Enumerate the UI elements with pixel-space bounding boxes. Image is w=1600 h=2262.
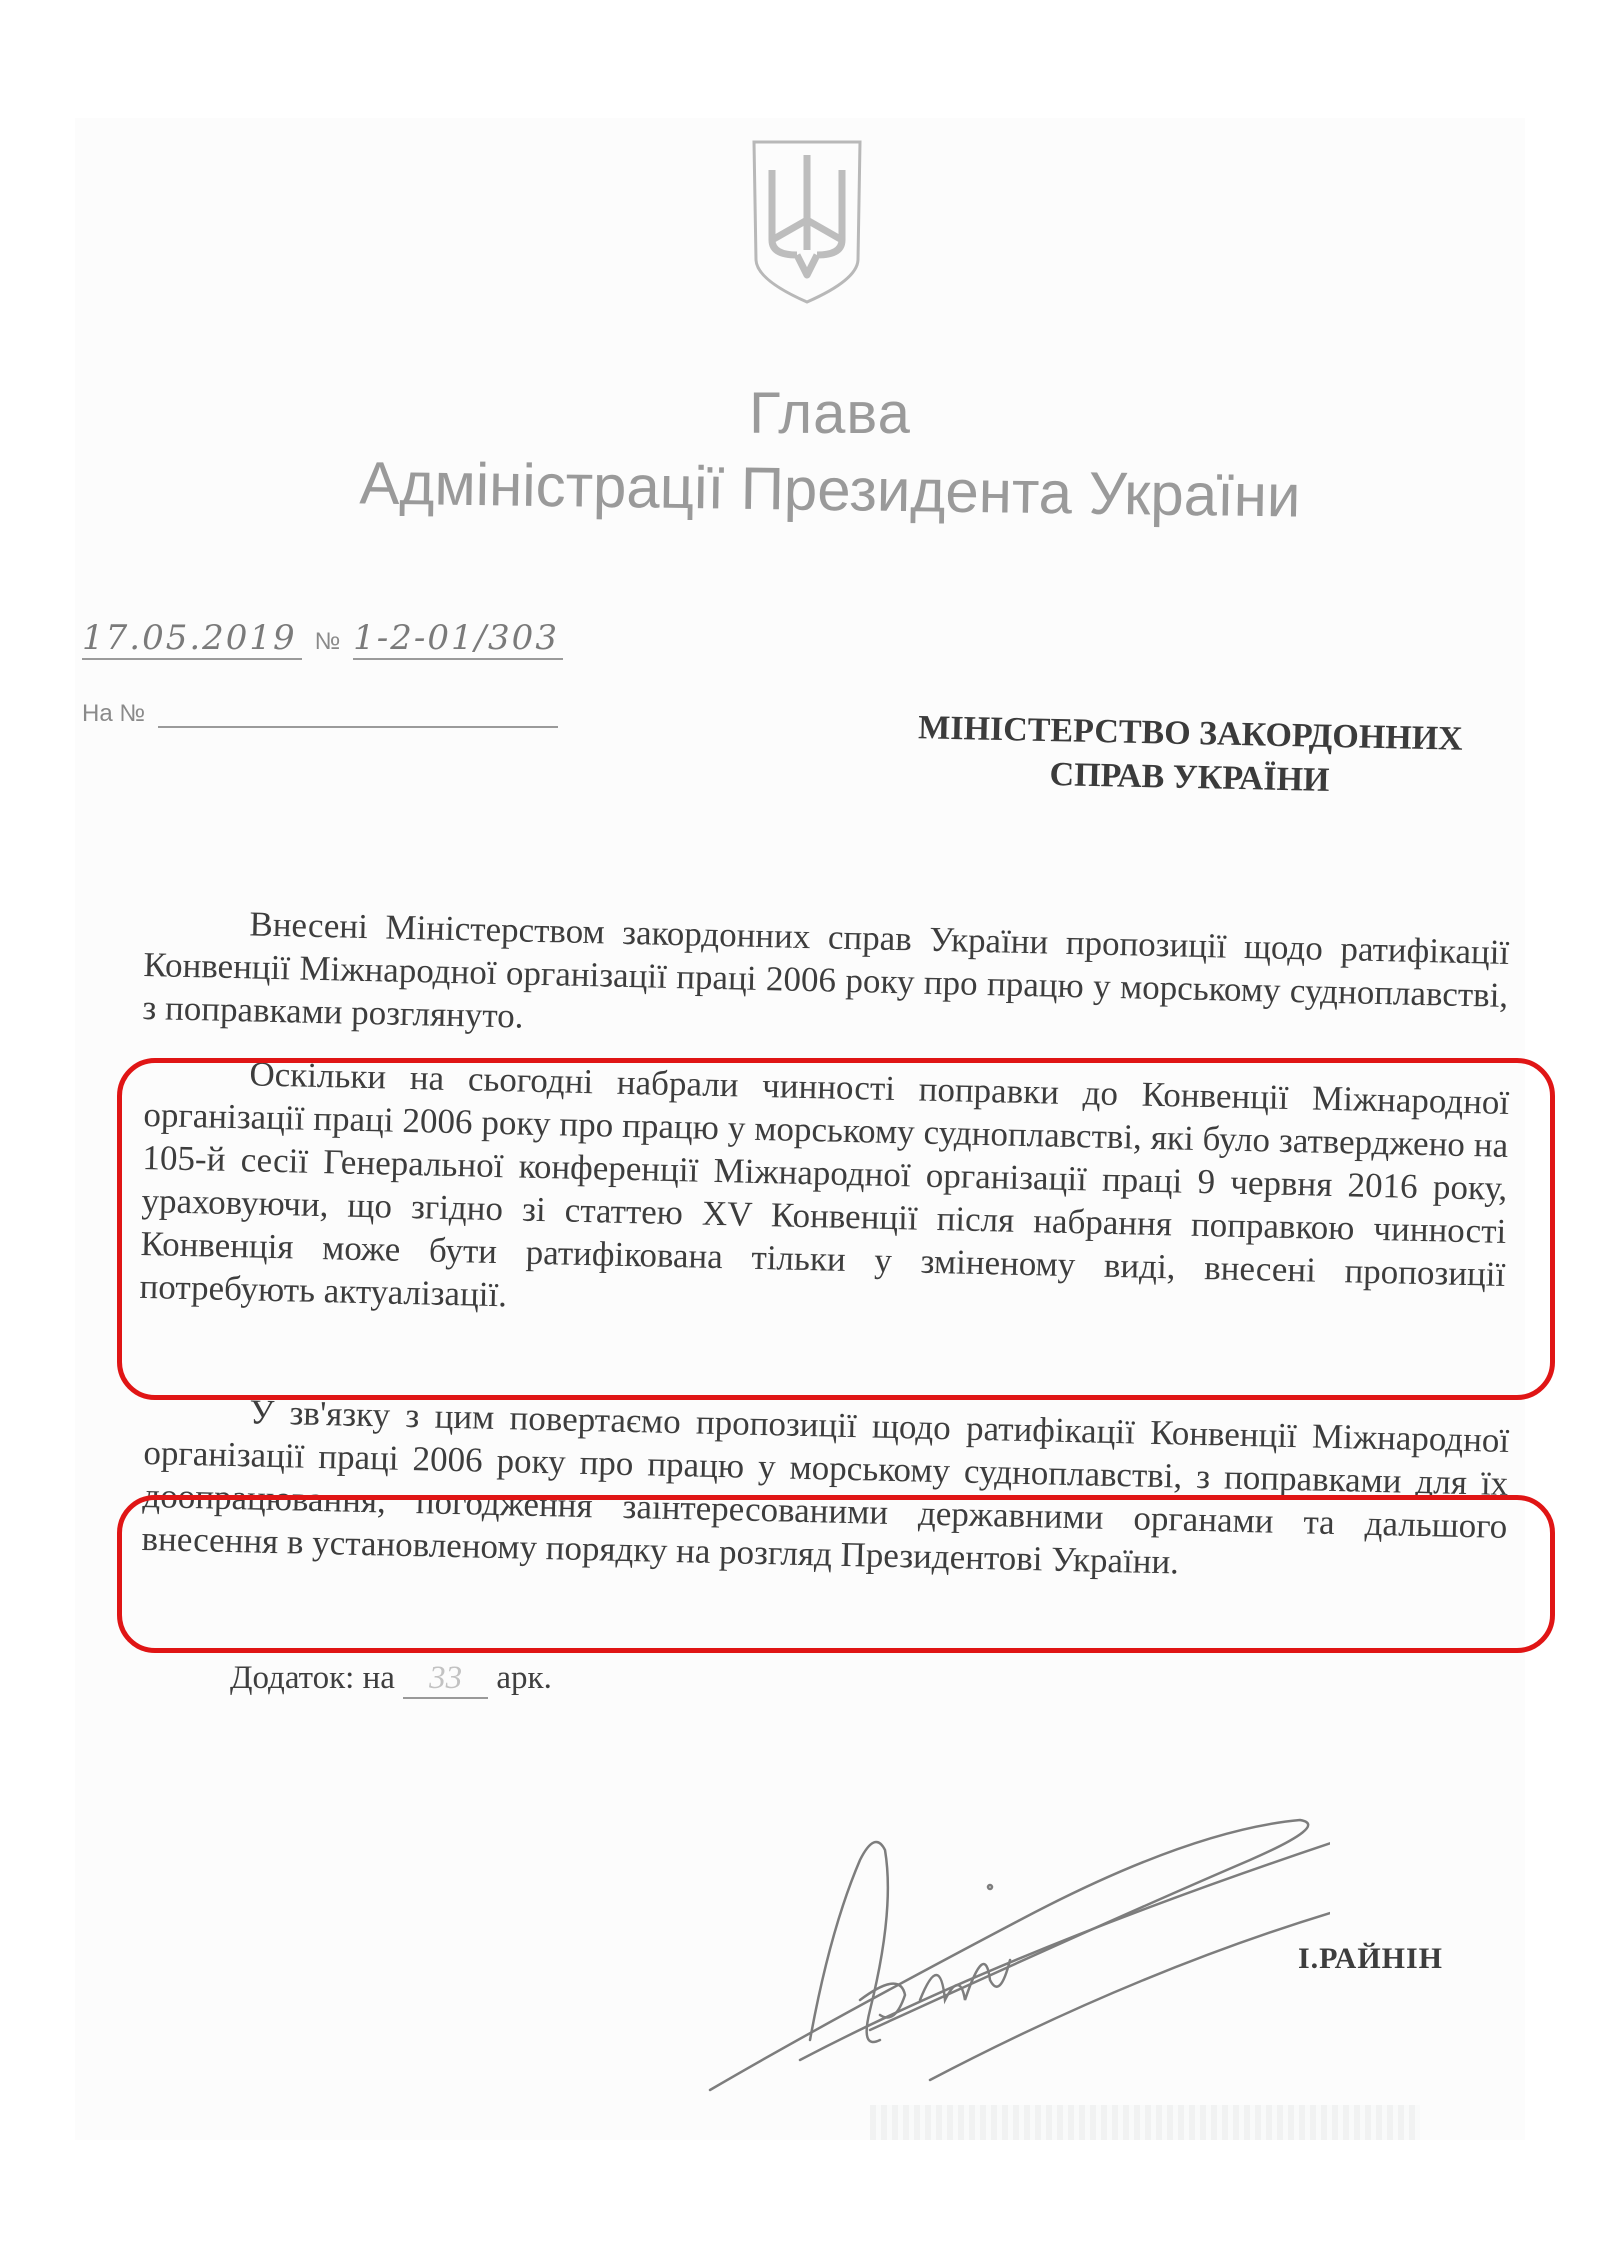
faded-stamp — [870, 2105, 1420, 2140]
reply-to-field — [158, 700, 558, 728]
handwritten-signature — [690, 1770, 1330, 2110]
attachment-count: 33 — [403, 1660, 488, 1699]
number-label: № — [315, 628, 341, 655]
highlight-box-paragraph-3 — [117, 1495, 1555, 1653]
reference-date: 17.05.2019 — [82, 618, 302, 660]
addressee: МІНІСТЕРСТВО ЗАКОРДОННИХ СПРАВ УКРАЇНИ — [849, 705, 1531, 807]
attachment-prefix: Додаток: на — [230, 1660, 395, 1696]
signer-name: І.РАЙНІН — [1298, 1942, 1443, 1976]
reference-number: 1-2-01/303 — [353, 618, 563, 660]
highlight-box-paragraph-2 — [117, 1058, 1555, 1400]
trident-coat-of-arms-icon — [742, 130, 872, 310]
attachment-note: Додаток: на 33 арк. — [230, 1660, 552, 1699]
reply-to-label: На № — [82, 700, 145, 727]
header-title: Глава — [30, 380, 1600, 447]
incoming-reference: На № — [82, 700, 558, 728]
outgoing-reference: 17.05.2019 № 1-2-01/303 — [82, 618, 563, 660]
attachment-suffix: арк. — [496, 1660, 551, 1696]
